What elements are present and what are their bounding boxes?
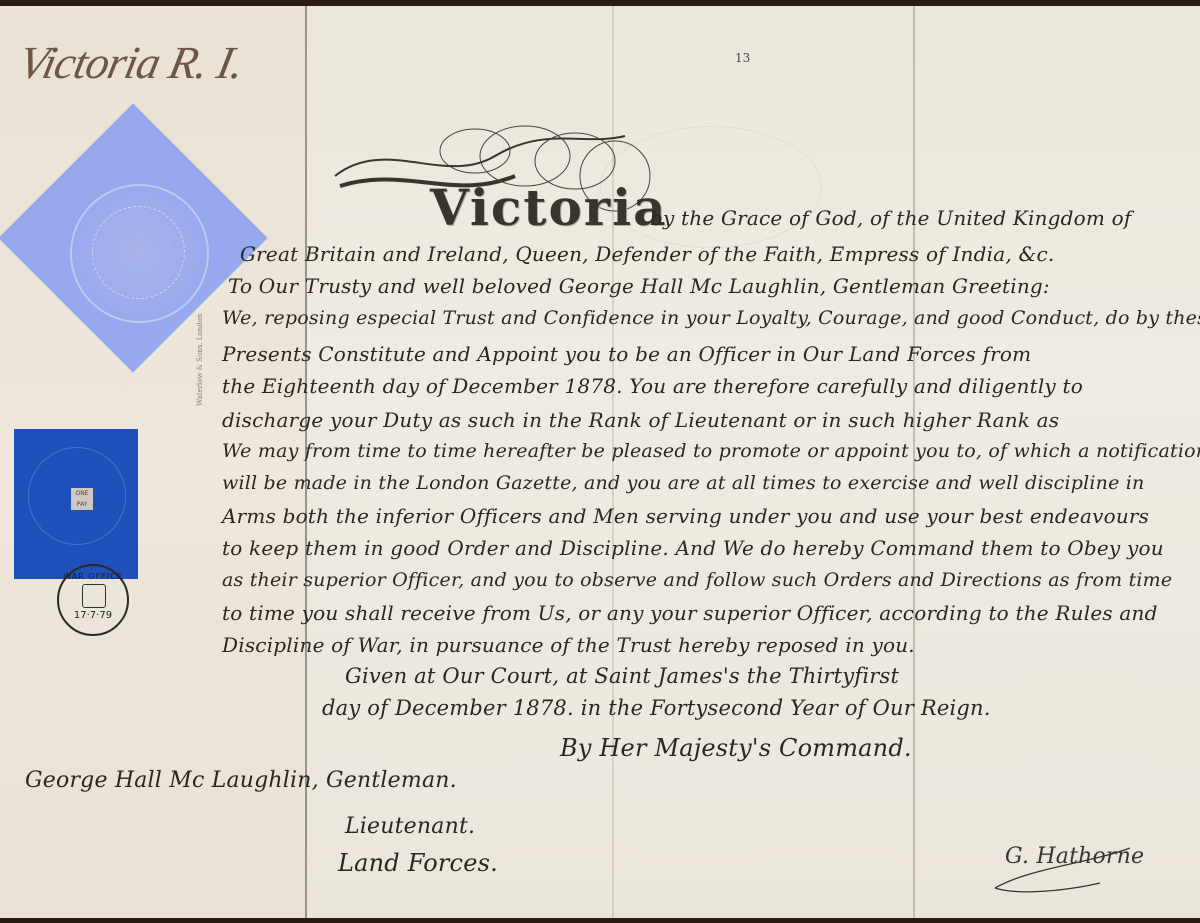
body-line: We may from time to time hereafter be pl… [222, 440, 1200, 462]
royal-seal-icon [70, 184, 209, 323]
body-line: to time you shall receive from Us, or an… [222, 601, 1158, 625]
document-heading: Victoria [430, 178, 668, 237]
body-line: will be made in the London Gazette, and … [222, 472, 1144, 494]
commission-document: 13 Victoria R. I. ONE PAY WAR OFFICE 17·… [0, 6, 1200, 918]
recipient-name: George Hall Mc Laughlin, Gentleman. [25, 768, 457, 793]
postmark-arc-text: WAR OFFICE [59, 572, 127, 581]
body-line: to keep them in good Order and Disciplin… [222, 536, 1164, 560]
given-line: day of December 1878. in the Fortysecond… [322, 696, 991, 720]
recipient-service: Land Forces. [338, 849, 498, 877]
recipient-rank: Lieutenant. [345, 814, 475, 839]
stamp-value-label: ONE PAY [71, 488, 93, 510]
given-line: Given at Our Court, at Saint James's the… [345, 664, 899, 688]
crest-icon [82, 584, 106, 608]
body-line: Discipline of War, in pursuance of the T… [222, 633, 915, 657]
countersignature: G. Hathorne [1005, 844, 1144, 869]
postmark: WAR OFFICE 17·7·79 [57, 564, 129, 636]
body-line: by the Grace of God, of the United Kingd… [650, 206, 1131, 230]
body-line: the Eighteenth day of December 1878. You… [222, 374, 1083, 398]
body-line: Presents Constitute and Appoint you to b… [222, 342, 1031, 366]
sovereign-signature: Victoria R. I. [14, 36, 248, 89]
body-line: Arms both the inferior Officers and Men … [222, 504, 1149, 528]
body-line: We, reposing especial Trust and Confiden… [222, 307, 1200, 329]
body-line: Great Britain and Ireland, Queen, Defend… [240, 242, 1054, 266]
revenue-stamp: ONE PAY [14, 429, 138, 579]
body-line: discharge your Duty as such in the Rank … [222, 408, 1059, 432]
body-line: To Our Trusty and well beloved George Ha… [228, 274, 1050, 298]
command-line: By Her Majesty's Command. [560, 734, 912, 762]
fold-line [913, 6, 915, 918]
page-number: 13 [735, 51, 750, 65]
postmark-date: 17·7·79 [59, 610, 127, 621]
printer-imprint: Waterlow & Sons, London [196, 314, 204, 406]
body-line: as their superior Officer, and you to ob… [222, 569, 1172, 591]
